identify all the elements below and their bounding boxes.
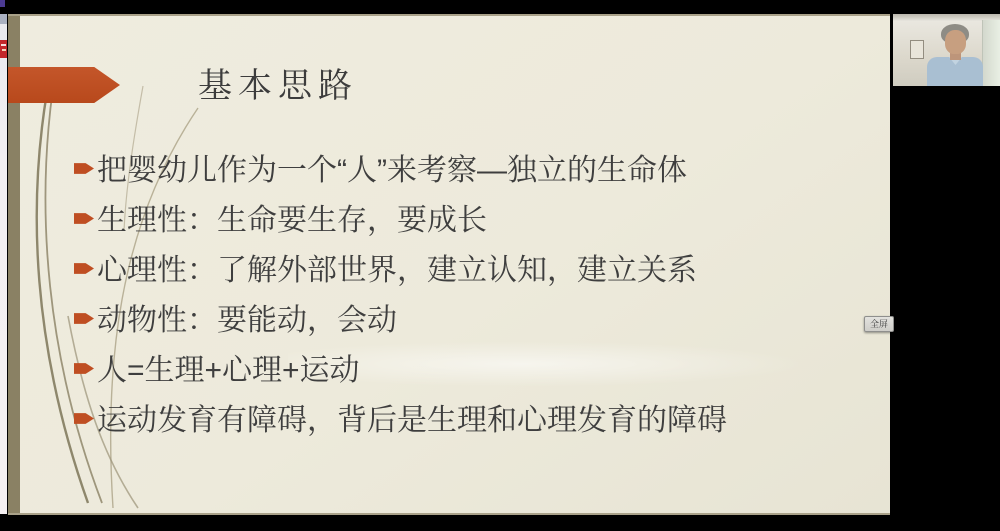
- bullet-text: 生理性：生命要生存，要成长: [97, 195, 487, 239]
- bullet-text: 把婴幼儿作为一个“人”来考察—独立的生命体: [97, 145, 687, 189]
- bullet-list: 把婴幼儿作为一个“人”来考察—独立的生命体 生理性：生命要生存，要成长 心理性：…: [74, 142, 874, 442]
- bullet-text: 心理性：了解外部世界，建立认知，建立关系: [97, 245, 697, 289]
- bullet-arrow-icon: [74, 412, 94, 426]
- webcam-background-panel: [982, 20, 1000, 86]
- bullet-item: 生理性：生命要生存，要成长: [74, 192, 874, 242]
- taskbar-icon-fragment: [0, 0, 5, 7]
- fullscreen-button[interactable]: 全屏: [864, 316, 894, 332]
- bullet-arrow-icon: [74, 262, 94, 276]
- presenter-webcam-video[interactable]: [893, 14, 1000, 86]
- app-logo-fragment-icon: [0, 40, 7, 58]
- bullet-item: 运动发育有障碍，背后是生理和心理发育的障碍: [74, 392, 874, 442]
- window-icon-fragment: [0, 14, 7, 24]
- bullet-arrow-icon: [74, 162, 94, 176]
- bullet-text: 人=生理+心理+运动: [97, 345, 360, 389]
- slide-title: 基本思路: [198, 58, 358, 107]
- bullet-arrow-icon: [74, 312, 94, 326]
- title-arrow-shape: [8, 67, 120, 103]
- left-edge-window-sliver: [0, 14, 7, 514]
- bullet-item: 人=生理+心理+运动: [74, 342, 874, 392]
- bullet-item: 心理性：了解外部世界，建立认知，建立关系: [74, 242, 874, 292]
- meeting-app-stage: 基本思路 把婴幼儿作为一个“人”来考察—独立的生命体 生理性：生命要生存，要成长…: [0, 0, 1000, 531]
- bullet-text: 动物性：要能动，会动: [97, 295, 397, 339]
- bullet-text: 运动发育有障碍，背后是生理和心理发育的障碍: [97, 395, 727, 439]
- presenter-face: [945, 30, 966, 54]
- webcam-picture-frame: [910, 40, 924, 59]
- bullet-item: 动物性：要能动，会动: [74, 292, 874, 342]
- bullet-arrow-icon: [74, 212, 94, 226]
- bullet-arrow-icon: [74, 362, 94, 376]
- bullet-item: 把婴幼儿作为一个“人”来考察—独立的生命体: [74, 142, 874, 192]
- presentation-slide: 基本思路 把婴幼儿作为一个“人”来考察—独立的生命体 生理性：生命要生存，要成长…: [8, 14, 890, 515]
